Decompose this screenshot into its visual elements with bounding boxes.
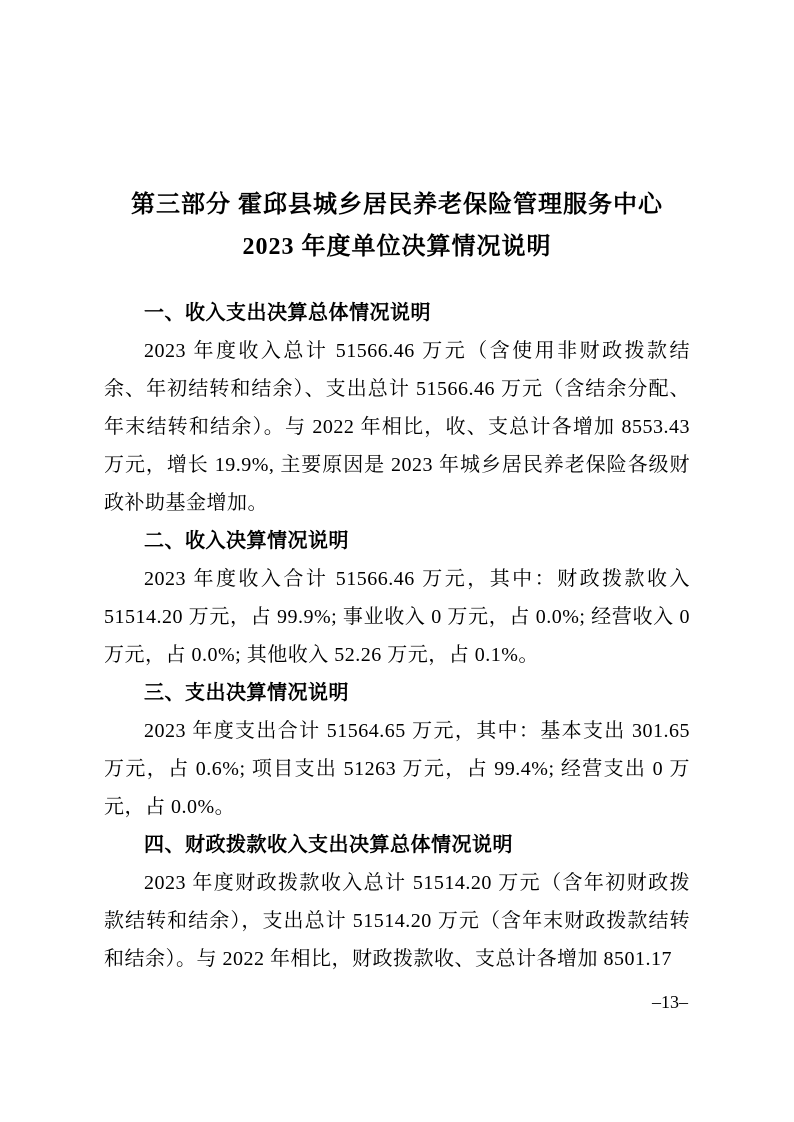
section-3-heading: 三、支出决算情况说明 (104, 674, 690, 712)
document-page: 第三部分 霍邱县城乡居民养老保险管理服务中心 2023 年度单位决算情况说明 一… (0, 0, 794, 1122)
section-1-paragraph: 2023 年度收入总计 51566.46 万元（含使用非财政拨款结余、年初结转和… (104, 332, 690, 522)
section-income-statement: 二、收入决算情况说明 2023 年度收入合计 51566.46 万元，其中：财政… (104, 522, 690, 674)
title-line-2: 2023 年度单位决算情况说明 (243, 234, 552, 260)
section-fiscal-appropriation-overview: 四、财政拨款收入支出决算总体情况说明 2023 年度财政拨款收入总计 51514… (104, 826, 690, 978)
document-content: 第三部分 霍邱县城乡居民养老保险管理服务中心 2023 年度单位决算情况说明 一… (104, 184, 690, 978)
page-number: –13– (652, 990, 688, 1014)
section-1-heading: 一、收入支出决算总体情况说明 (104, 294, 690, 332)
section-2-heading: 二、收入决算情况说明 (104, 522, 690, 560)
title-line-1: 第三部分 霍邱县城乡居民养老保险管理服务中心 (131, 192, 663, 218)
section-4-paragraph: 2023 年度财政拨款收入总计 51514.20 万元（含年初财政拨款结转和结余… (104, 864, 690, 978)
document-title: 第三部分 霍邱县城乡居民养老保险管理服务中心 2023 年度单位决算情况说明 (104, 184, 690, 268)
section-expenditure-statement: 三、支出决算情况说明 2023 年度支出合计 51564.65 万元，其中：基本… (104, 674, 690, 826)
section-2-paragraph: 2023 年度收入合计 51566.46 万元，其中：财政拨款收入 51514.… (104, 560, 690, 674)
section-3-paragraph: 2023 年度支出合计 51564.65 万元，其中：基本支出 301.65 万… (104, 712, 690, 826)
section-income-expenditure-overview: 一、收入支出决算总体情况说明 2023 年度收入总计 51566.46 万元（含… (104, 294, 690, 522)
section-4-heading: 四、财政拨款收入支出决算总体情况说明 (104, 826, 690, 864)
